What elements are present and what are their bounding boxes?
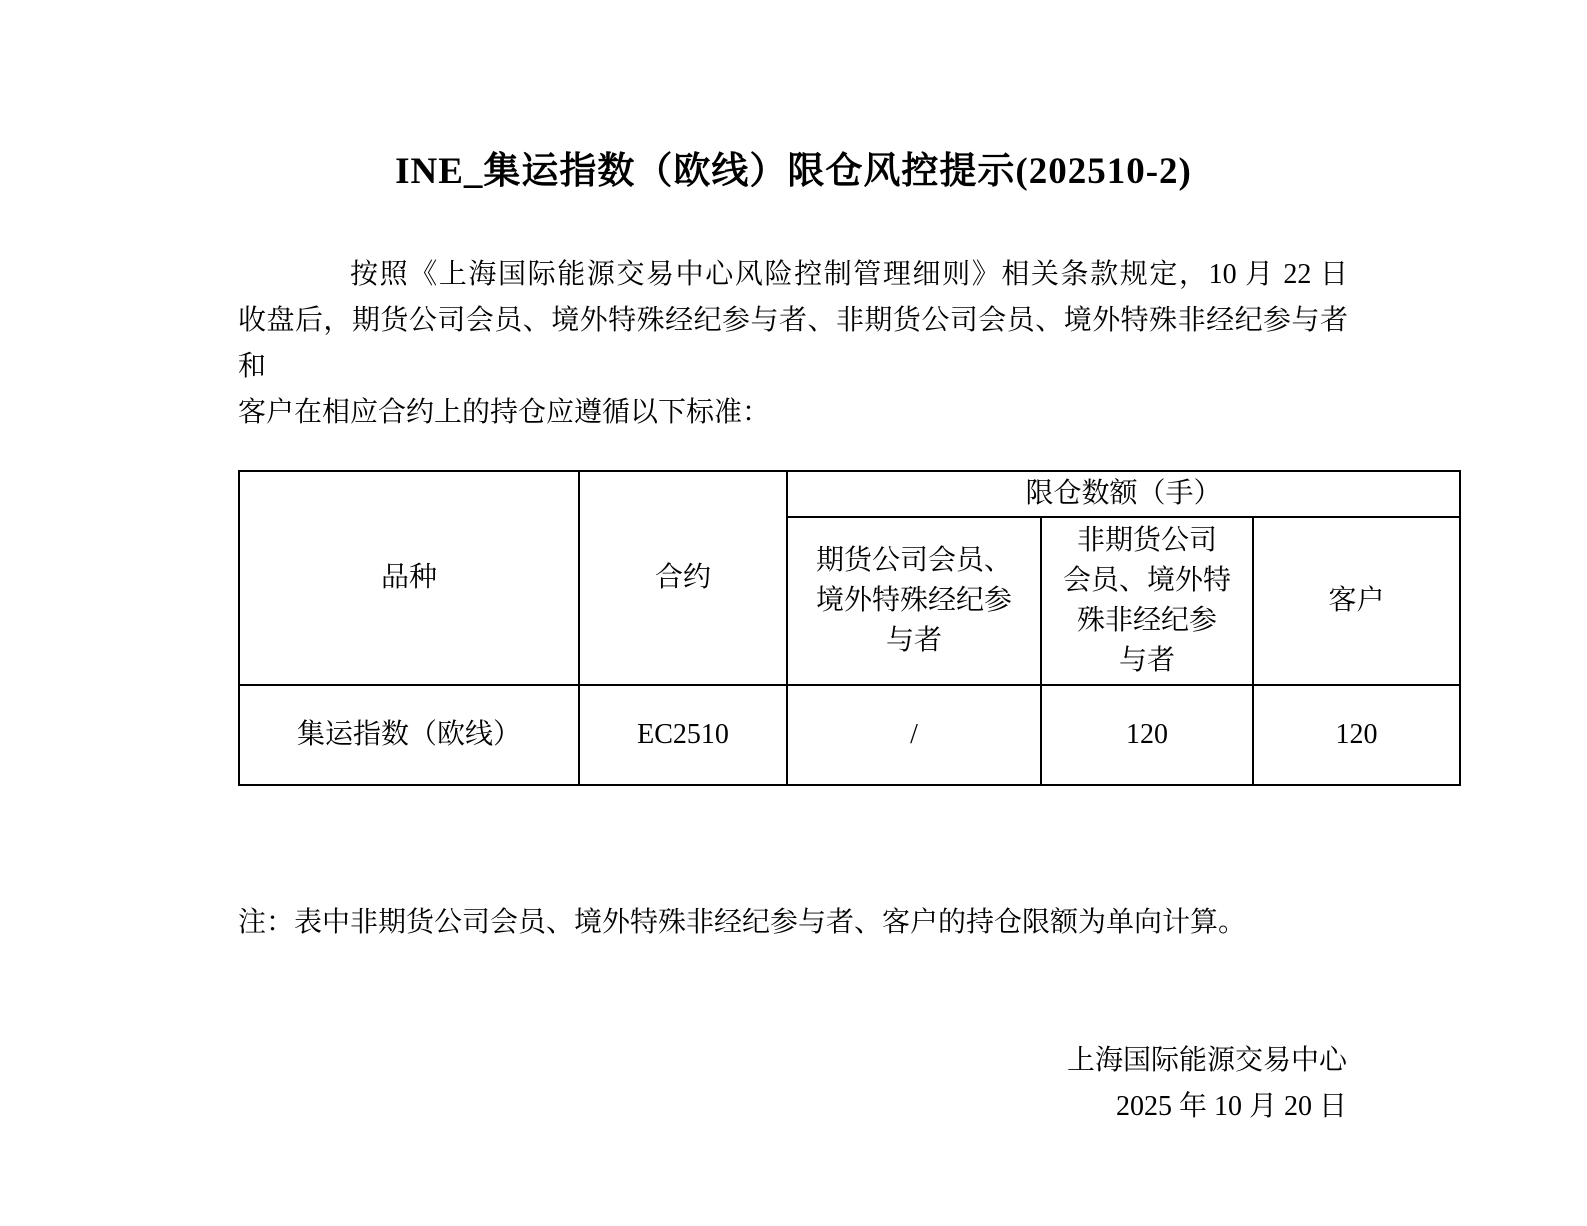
header-cell-client: 客户 [1253, 517, 1460, 685]
header-cell-variety: 品种 [239, 471, 579, 685]
issue-date: 2025 年 10 月 20 日 [0, 1084, 1347, 1130]
cell-variety: 集运指数（欧线） [239, 685, 579, 785]
header-cell-futures-member: 期货公司会员、 境外特殊经纪参 与者 [787, 517, 1041, 685]
header-cell-contract: 合约 [579, 471, 787, 685]
paragraph-line-2: 收盘后，期货公司会员、境外特殊经纪参与者、非期货公司会员、境外特殊非经纪参与者和 [238, 298, 1348, 390]
cell-futures-member-limit: / [787, 685, 1041, 785]
position-limit-table: 品种 合约 限仓数额（手） 期货公司会员、 境外特殊经纪参 与者 非期货公司 会… [238, 470, 1461, 786]
body-paragraph: 按照《上海国际能源交易中心风险控制管理细则》相关条款规定，10 月 22 日 收… [238, 252, 1348, 436]
cell-contract: EC2510 [579, 685, 787, 785]
table-row: 集运指数（欧线） EC2510 / 120 120 [239, 685, 1460, 785]
cell-client-limit: 120 [1253, 685, 1460, 785]
header-cell-non-futures-member: 非期货公司 会员、境外特 殊非经纪参 与者 [1041, 517, 1253, 685]
table-header-row-group: 品种 合约 限仓数额（手） [239, 471, 1460, 517]
signature-block: 上海国际能源交易中心 2025 年 10 月 20 日 [0, 1038, 1587, 1130]
document-title: INE_集运指数（欧线）限仓风控提示(202510-2) [0, 0, 1587, 194]
header-cell-limit-group: 限仓数额（手） [787, 471, 1460, 517]
paragraph-line-3: 客户在相应合约上的持仓应遵循以下标准： [238, 390, 1348, 436]
cell-non-futures-member-limit: 120 [1041, 685, 1253, 785]
note-text: 注：表中非期货公司会员、境外特殊非经纪参与者、客户的持仓限额为单向计算。 [238, 900, 1348, 946]
paragraph-line-1: 按照《上海国际能源交易中心风险控制管理细则》相关条款规定，10 月 22 日 [238, 252, 1348, 298]
issuer-name: 上海国际能源交易中心 [0, 1038, 1347, 1084]
document-page: INE_集运指数（欧线）限仓风控提示(202510-2) 按照《上海国际能源交易… [0, 0, 1587, 1226]
